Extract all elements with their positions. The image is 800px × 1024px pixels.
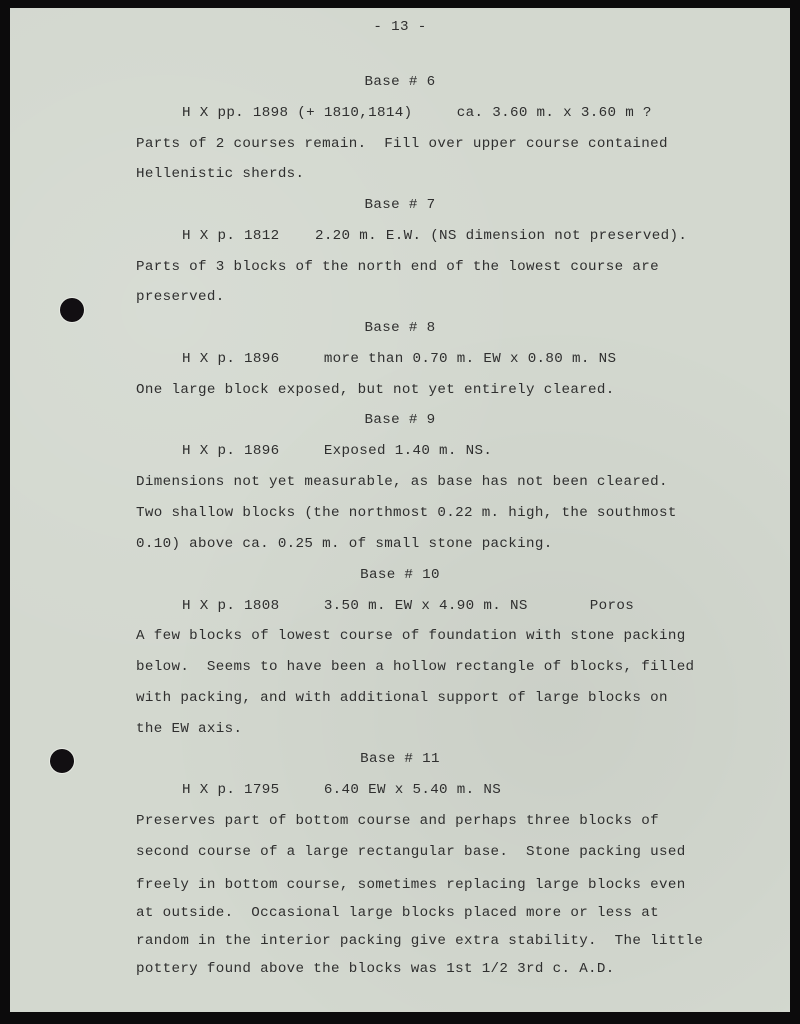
entry-text-line: pottery found above the blocks was 1st 1…: [136, 961, 615, 977]
entry-text-line: A few blocks of lowest course of foundat…: [136, 628, 686, 644]
entry-text-line: with packing, and with additional suppor…: [136, 690, 668, 706]
entry-heading: Base # 8: [10, 320, 790, 336]
entry-text-line: preserved.: [136, 289, 225, 305]
entry-text-line: freely in bottom course, sometimes repla…: [136, 877, 686, 893]
entry-heading: Base # 11: [10, 751, 790, 767]
entry-text-line: Parts of 3 blocks of the north end of th…: [136, 259, 659, 275]
entry-reference: H X p. 1795 6.40 EW x 5.40 m. NS: [182, 782, 501, 798]
entry-reference: H X p. 1812 2.20 m. E.W. (NS dimension n…: [182, 228, 687, 244]
entry-text-line: random in the interior packing give extr…: [136, 933, 703, 949]
entry-text-line: 0.10) above ca. 0.25 m. of small stone p…: [136, 536, 553, 552]
entry-text-line: Hellenistic sherds.: [136, 166, 304, 182]
entry-text-line: the EW axis.: [136, 721, 242, 737]
entry-text-line: second course of a large rectangular bas…: [136, 844, 686, 860]
punch-hole-upper: [60, 298, 84, 322]
entry-text-line: Dimensions not yet measurable, as base h…: [136, 474, 668, 490]
entry-text-line: at outside. Occasional large blocks plac…: [136, 905, 659, 921]
entry-reference: H X p. 1808 3.50 m. EW x 4.90 m. NS Poro…: [182, 598, 634, 614]
entry-heading: Base # 7: [10, 197, 790, 213]
entry-heading: Base # 10: [10, 567, 790, 583]
entry-text-line: One large block exposed, but not yet ent…: [136, 382, 615, 398]
entry-text-line: Two shallow blocks (the northmost 0.22 m…: [136, 505, 677, 521]
entry-heading: Base # 6: [10, 74, 790, 90]
entry-text-line: Preserves part of bottom course and perh…: [136, 813, 659, 829]
entry-heading: Base # 9: [10, 412, 790, 428]
page-number: - 13 -: [10, 19, 790, 35]
entry-text-line: below. Seems to have been a hollow recta…: [136, 659, 694, 675]
entry-reference: H X p. 1896 Exposed 1.40 m. NS.: [182, 443, 492, 459]
typed-page: - 13 - Base # 6 H X pp. 1898 (+ 1810,181…: [10, 8, 790, 1012]
entry-text-line: Parts of 2 courses remain. Fill over upp…: [136, 136, 668, 152]
entry-reference: H X p. 1896 more than 0.70 m. EW x 0.80 …: [182, 351, 616, 367]
entry-reference: H X pp. 1898 (+ 1810,1814) ca. 3.60 m. x…: [182, 105, 652, 121]
